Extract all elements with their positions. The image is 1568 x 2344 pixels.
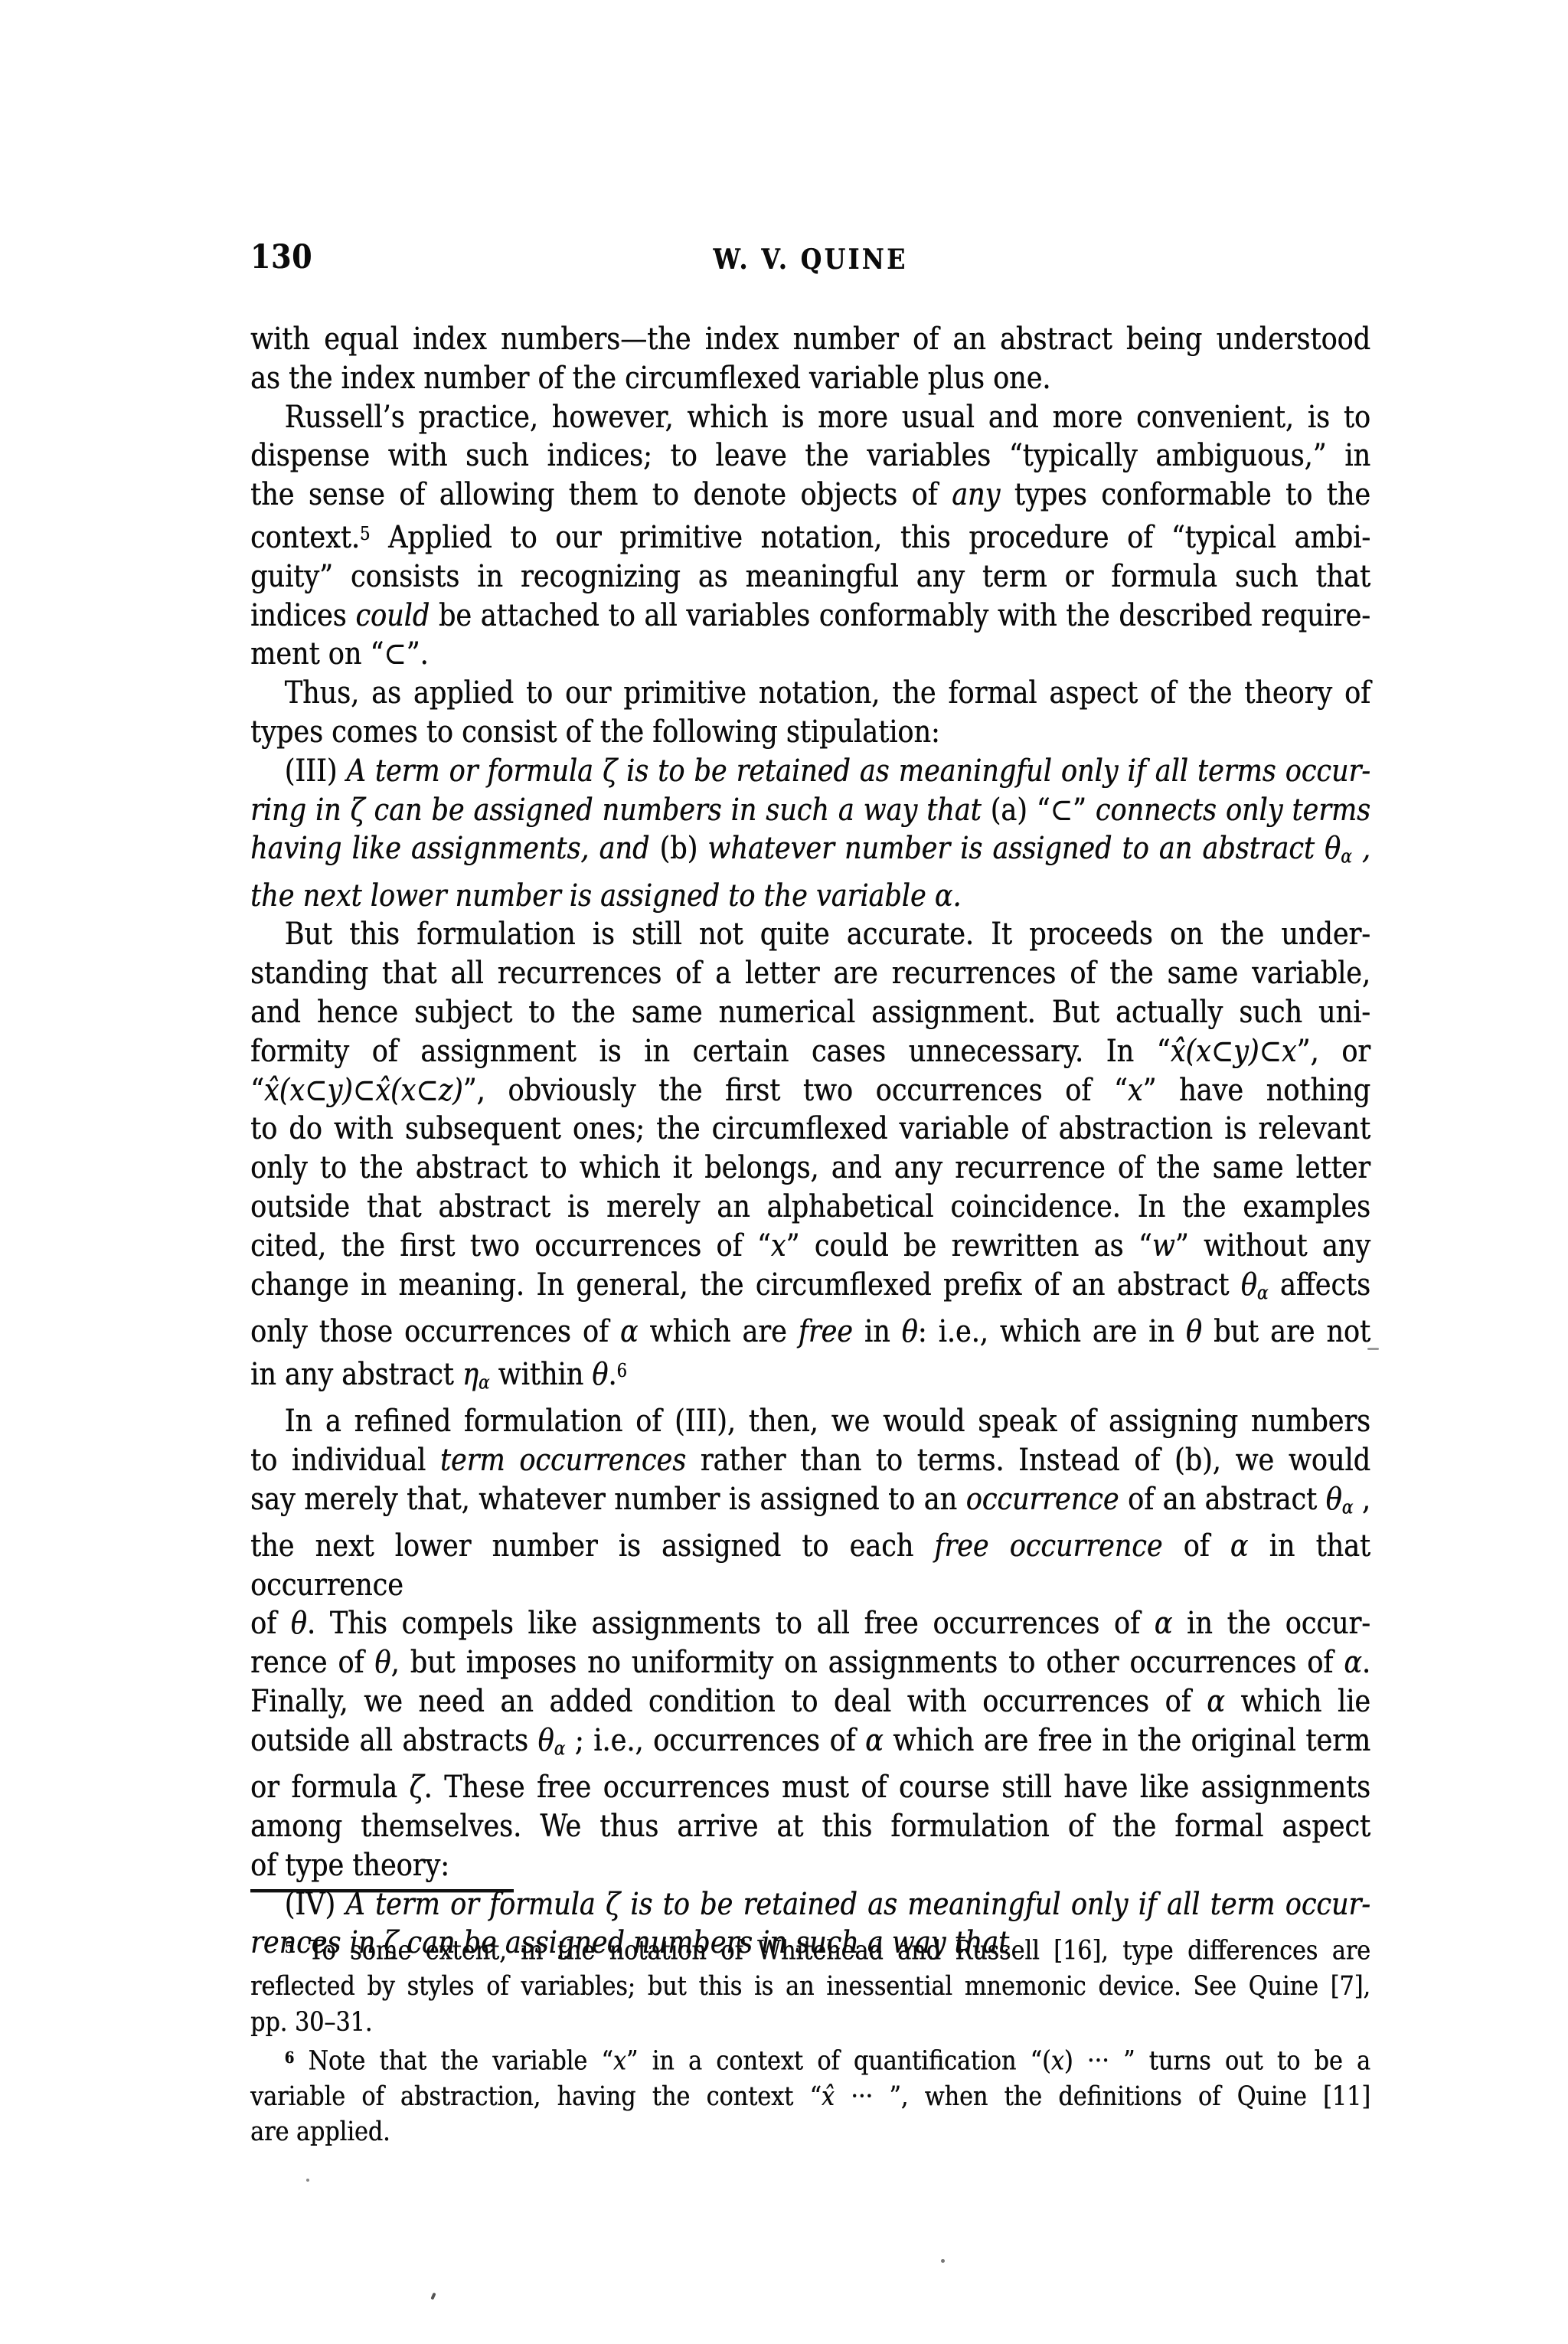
text-segment: Russell’s practice, however, which is mo… [285,400,1370,435]
text-segment: pp. 30–31. [250,2007,372,2038]
text-segment: of type theory: [250,1848,449,1883]
text-segment: among themselves. We thus arrive at this… [250,1809,1370,1844]
body-line: having like assignments, and (b) whateve… [250,829,1370,876]
text-segment: context. [250,520,360,555]
body-line: or formula ζ. These free occurrences mus… [250,1768,1370,1807]
body-line: But this formulation is still not quite … [250,915,1370,954]
body-line: as the index number of the circumflexed … [250,359,1370,398]
body-line: of type theory: [250,1846,1370,1885]
text-segment: rence of [250,1645,374,1680]
text-segment: θ [374,1645,390,1680]
footnote-marker: 6 [616,1360,626,1381]
text-segment: : i.e., which are in [918,1314,1186,1349]
text-segment: the sense of allowing them to denote obj… [250,477,952,512]
text-segment: of an abstract [1119,1482,1325,1517]
footnote-marker: 5 [285,1938,295,1957]
text-segment: θ [1326,1482,1342,1517]
text-segment: but are not [1202,1314,1370,1349]
text-segment: , but imposes no uniformity on assignmen… [390,1645,1344,1680]
text-segment: Note that the variable “ [294,2046,613,2077]
body-line: In a refined formulation of (III), then,… [250,1402,1370,1441]
body-line: change in meaning. In general, the circu… [250,1266,1370,1313]
text-segment: rather than to terms. Instead of (b), we… [686,1443,1370,1478]
text-segment: in any abstract [250,1357,462,1392]
text-segment: To some extent, in the notation of White… [294,1936,1370,1966]
footnote-line: 5 To some extent, in the notation of Whi… [250,1930,1370,1969]
text-segment: α [1344,1645,1362,1680]
text-segment: ” in a context of quantification “( [626,2046,1051,2077]
body-line: of θ. This compels like assignments to a… [250,1604,1370,1643]
text-segment: to individual [250,1443,440,1478]
text-segment: x [613,2046,626,2077]
text-segment: . [608,1357,616,1392]
text-segment: α [479,1371,490,1393]
body-line: outside that abstract is merely an alpha… [250,1188,1370,1227]
page-header: 130 W. V. QUINE [250,240,1370,277]
text-segment: α [1342,1496,1354,1518]
body-line: among themselves. We thus arrive at this… [250,1807,1370,1846]
body-line: ment on “⊂”. [250,635,1370,674]
text-segment: ”. [407,636,429,672]
text-segment: change in meaning. In general, the circu… [250,1267,1241,1303]
body-line: guity” consists in recognizing as meanin… [250,557,1370,597]
text-segment: as the index number of the circumflexed … [250,361,1050,396]
text-segment: α [620,1314,639,1349]
text-segment: connects only terms [1096,793,1370,828]
text-segment: . This compels like assignments to all f… [307,1606,1155,1641]
text-segment: (a) “ [991,793,1050,828]
text-segment: θ [902,1314,918,1349]
body-line: cited, the first two occurrences of “x” … [250,1227,1370,1266]
body-line: Thus, as applied to our primitive notati… [250,674,1370,713]
body-line: to individual term occurrences rather th… [250,1441,1370,1480]
scan-speck [430,2293,436,2300]
text-segment: ” without any [1175,1228,1370,1264]
footnote-line: pp. 30–31. [250,2005,1370,2040]
text-segment: could [355,598,430,633]
text-segment: in the occur- [1172,1606,1370,1641]
text-segment: ··· ”, when the definitions of Quine [11… [835,2081,1370,2112]
body-line: the next lower number is assigned to eac… [250,1527,1370,1605]
scan-artifact-dash [1367,1348,1379,1350]
text-segment: cited, the first two occurrences of “ [250,1228,771,1264]
text-segment: Finally, we need an added condition to d… [250,1684,1207,1719]
text-segment: ” [1073,793,1096,828]
text-segment: α [554,1737,566,1759]
footnote-marker: 5 [360,523,370,544]
text-segment: variable of abstraction, having the cont… [250,2081,822,2112]
body-line: context.5 Applied to our primitive notat… [250,515,1370,557]
text-segment: free occurrence [934,1528,1162,1564]
footnote-line: reflected by styles of variables; but th… [250,1969,1370,2004]
body-line: dispense with such indices; to leave the… [250,436,1370,476]
text-segment: within [489,1357,592,1392]
footnote-marker: 6 [285,2048,295,2067]
text-segment: , [1353,1482,1370,1517]
text-segment: , [1352,831,1370,866]
body-line: only to the abstract to which it belongs… [250,1149,1370,1188]
text-segment: Thus, as applied to our primitive notati… [285,675,1370,711]
text-segment: θ [537,1723,554,1758]
text-segment: types conformable to the [1000,477,1370,512]
text-segment: are applied. [250,2117,390,2147]
text-segment: α [1257,1281,1269,1303]
text-segment: θ [291,1606,307,1641]
text-segment: indices [250,598,355,633]
text-segment: α [1341,845,1352,868]
text-segment: θ [592,1357,608,1392]
text-segment: in [853,1314,902,1349]
body-line: “x̂(x⊂y)⊂x̂(x⊂z)”, obviously the first t… [250,1071,1370,1110]
text-segment: occurrence [966,1482,1119,1517]
text-segment: of [250,1606,291,1641]
body-line: the sense of allowing them to denote obj… [250,476,1370,515]
text-segment: ”, obviously the first two occurrences o… [463,1073,1128,1108]
text-segment: which are [639,1314,799,1349]
text-segment: But this formulation is still not quite … [285,917,1370,952]
text-segment: guity” consists in recognizing as meanin… [250,559,1370,594]
text-segment: ” could be rewritten as “ [786,1228,1151,1264]
body-line: indices could be attached to all variabl… [250,597,1370,636]
text-segment: which lie [1225,1684,1370,1719]
footnotes: 5 To some extent, in the notation of Whi… [250,1930,1370,2150]
page: 130 W. V. QUINE with equal index numbers… [0,0,1568,2344]
body-line: outside all abstracts θα ; i.e., occurre… [250,1721,1370,1768]
text-segment: ) ··· ” turns out to be a [1064,2046,1370,2077]
body-line: say merely that, whatever number is assi… [250,1480,1370,1527]
text-segment: term occurrences [440,1443,686,1478]
text-segment: α [1207,1684,1225,1719]
text-segment: and hence subject to the same numerical … [250,995,1370,1030]
body-line: in any abstract ηα within θ.6 [250,1352,1370,1402]
body-line: formity of assignment is in certain case… [250,1032,1370,1071]
text-segment: α [1230,1528,1249,1564]
body-line: only those occurrences of α which are fr… [250,1313,1370,1352]
text-segment: θ [1241,1267,1257,1303]
text-segment: or formula [250,1770,409,1805]
text-segment: θ [1186,1314,1202,1349]
body-line: standing that all recurrences of a lette… [250,954,1370,993]
body-line: (III) A term or formula ζ is to be retai… [250,752,1370,791]
text-segment: the next lower number is assigned to the… [250,878,961,914]
text-segment: of [1162,1528,1230,1564]
text-segment: only those occurrences of [250,1314,620,1349]
footnote-line: 6 Note that the variable “x” in a contex… [250,2040,1370,2079]
text-segment: having like assignments, and [250,831,659,866]
text-segment: “ [250,1073,264,1108]
text-segment: η [462,1357,479,1392]
body-line: types comes to consist of the following … [250,713,1370,752]
text-segment: x̂(x⊂y)⊂x̂(x⊂z) [264,1073,463,1108]
running-head: W. V. QUINE [250,243,1370,276]
body-line: and hence subject to the same numerical … [250,993,1370,1032]
body-line: Russell’s practice, however, which is mo… [250,398,1370,437]
text-segment: ; i.e., occurrences of [565,1723,865,1758]
text-segment: ” have nothing [1142,1073,1370,1108]
text-segment: Applied to our primitive notation, this … [370,520,1370,555]
text-segment: w [1152,1228,1175,1264]
body-line: Finally, we need an added condition to d… [250,1682,1370,1721]
body-line: with equal index numbers—the index numbe… [250,320,1370,359]
text-segment: with equal index numbers—the index numbe… [250,322,1370,357]
text-segment: (b) [659,831,707,866]
text-segment: x [771,1228,786,1264]
text-segment: reflected by styles of variables; but th… [250,1971,1370,2002]
text-segment: ment on “ [250,636,384,672]
text-segment: x [1051,2046,1064,2077]
scan-speck [306,2179,309,2182]
text-segment: only to the abstract to which it belongs… [250,1150,1370,1185]
body-text: with equal index numbers—the index numbe… [250,320,1370,1963]
text-segment: whatever number is assigned to an abstra… [707,831,1341,866]
text-segment: x̂(x⊂y)⊂x [1171,1034,1297,1069]
footnote-separator [250,1889,514,1892]
text-segment: standing that all recurrences of a lette… [250,956,1370,991]
text-segment: ⊂ [1050,793,1073,828]
footnote-line: variable of abstraction, having the cont… [250,2079,1370,2114]
text-segment: . [1362,1645,1370,1680]
body-line: rence of θ, but imposes no uniformity on… [250,1643,1370,1682]
text-segment: x [1128,1073,1143,1108]
text-segment: any [952,477,1000,512]
text-segment: which are free in the original term [884,1723,1370,1758]
text-segment: the next lower number is assigned to eac… [250,1528,934,1564]
text-segment: ⊂ [384,636,406,672]
scan-speck [941,2259,945,2263]
text-segment: outside that abstract is merely an alpha… [250,1189,1370,1224]
text-segment: free [799,1314,853,1349]
text-segment: α [1155,1606,1173,1641]
body-line: the next lower number is assigned to the… [250,877,1370,916]
text-segment: In a refined formulation of (III), then,… [285,1404,1370,1439]
text-segment: ζ [409,1770,423,1805]
text-segment: formity of assignment is in certain case… [250,1034,1171,1069]
text-segment: (III) [285,754,347,789]
text-segment: . These free occurrences must of course … [423,1770,1370,1805]
text-segment: types comes to consist of the following … [250,714,940,750]
text-segment: ring in ζ can be assigned numbers in suc… [250,793,991,828]
body-line: to do with subsequent ones; the circumfl… [250,1110,1370,1149]
text-segment: A term or formula ζ is to be retained as… [346,754,1370,789]
text-segment: affects [1268,1267,1370,1303]
text-segment: dispense with such indices; to leave the… [250,438,1370,473]
text-segment: outside all abstracts [250,1723,537,1758]
text-segment: to do with subsequent ones; the circumfl… [250,1111,1370,1146]
text-segment: x̂ [822,2081,835,2112]
text-segment: α [865,1723,884,1758]
body-line: ring in ζ can be assigned numbers in suc… [250,791,1370,830]
text-segment: ”, or [1297,1034,1370,1069]
footnote-line: are applied. [250,2114,1370,2149]
text-segment: say merely that, whatever number is assi… [250,1482,966,1517]
text-segment: be attached to all variables conformably… [430,598,1370,633]
